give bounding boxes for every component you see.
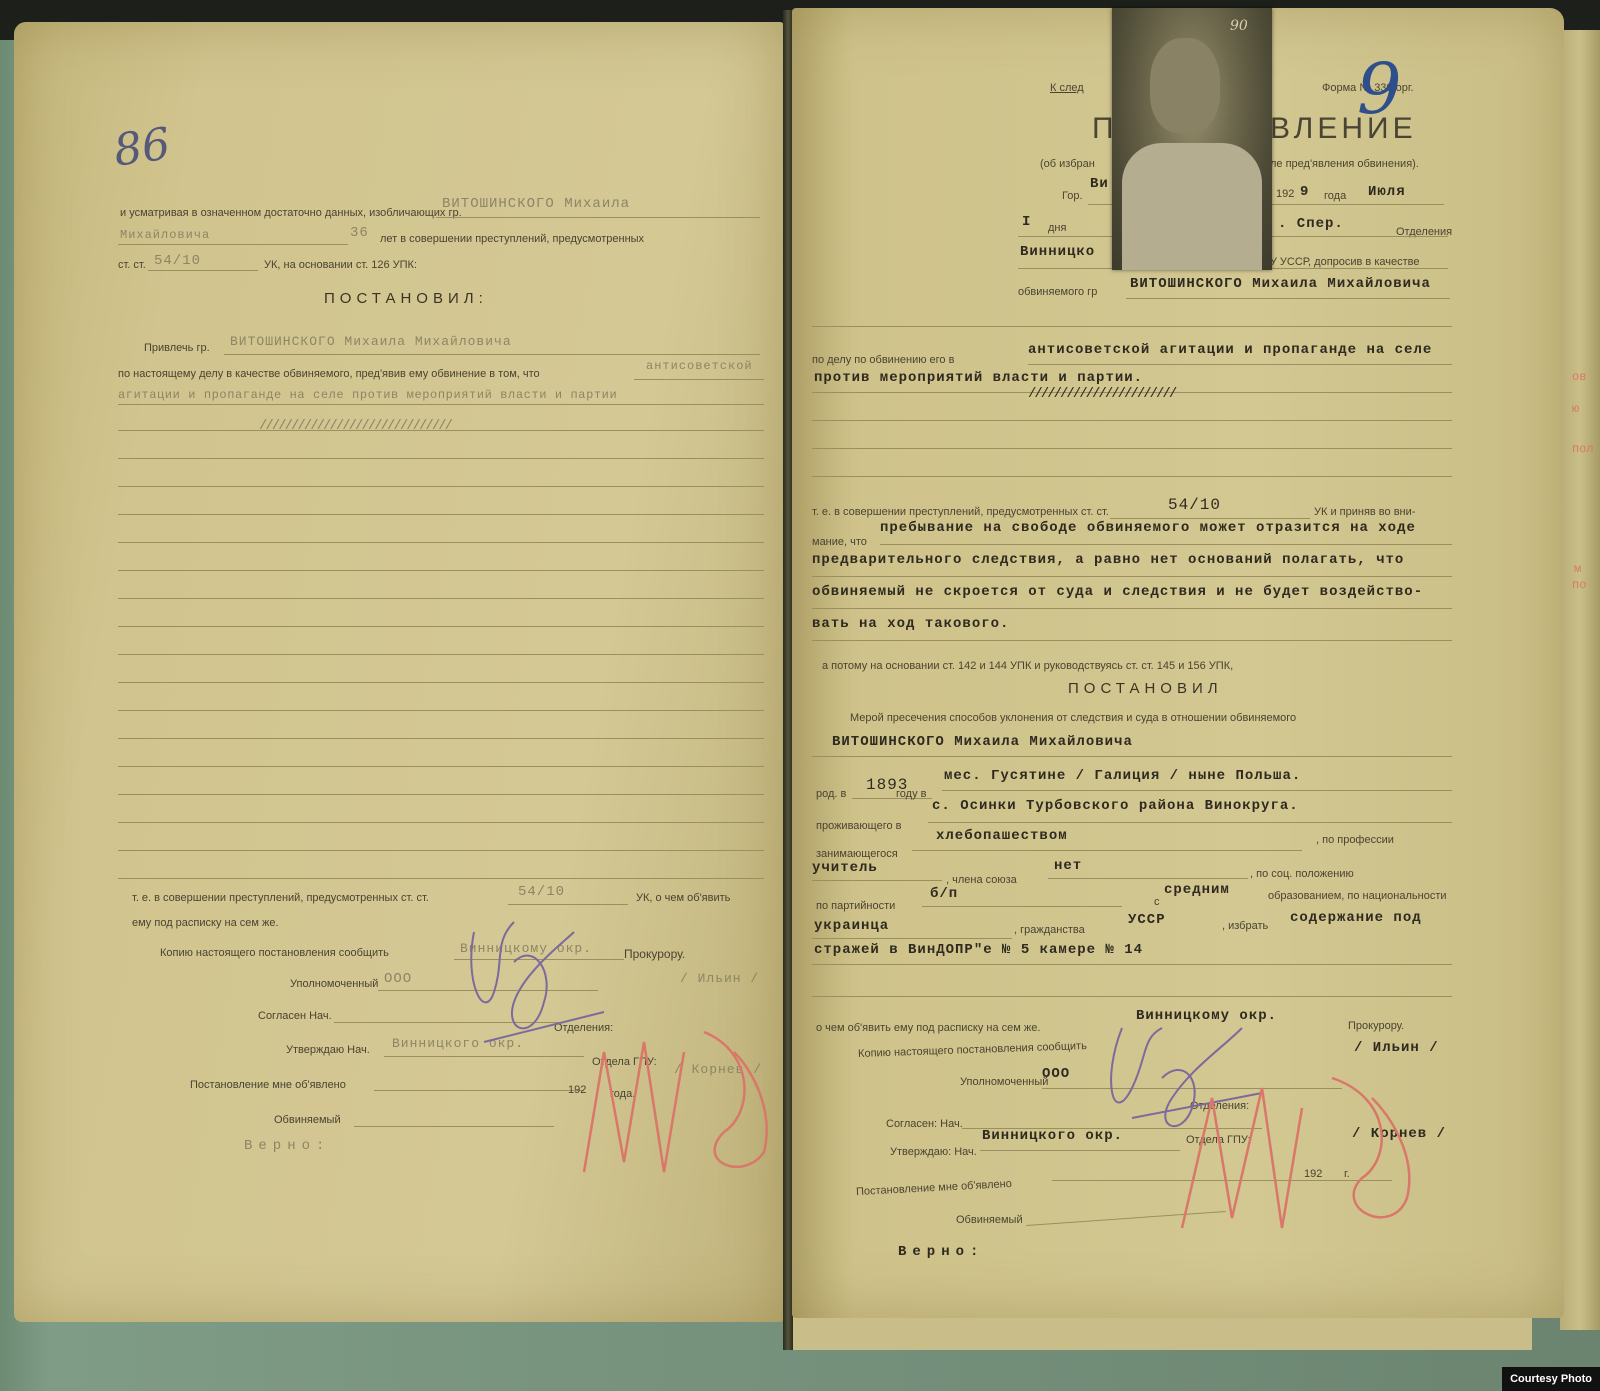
nationality-value: украинца	[814, 918, 889, 934]
party-value: б/п	[930, 886, 958, 902]
basis-label: УК, на основании ст. 126 УПК:	[264, 259, 417, 271]
case-value-1: антисоветской агитации и пропаганде на с…	[1028, 342, 1432, 358]
approve-label: Утверждаю: Нач.	[890, 1146, 977, 1158]
accused-portrait-photo: 90	[1112, 8, 1272, 270]
portrait-shirt	[1122, 143, 1262, 270]
accused-name-1: ВИТОШИНСКОГО Михаила	[442, 196, 630, 212]
strikeout-marks: ///////////////////////	[1028, 386, 1175, 402]
copy-label: Копию настоящего постановления сообщить	[160, 947, 389, 959]
citizenship-value: УССР	[1128, 912, 1166, 928]
education-label: образованием, по национальности	[1268, 890, 1447, 902]
department-value: . Спер.	[1278, 216, 1344, 232]
consider-line-2: предварительного следствия, а равно нет …	[812, 552, 1404, 568]
occupied-value: хлебопашеством	[936, 828, 1068, 844]
consider-label: мание, что	[812, 536, 867, 548]
approve-label: Утверждаю Нач.	[286, 1044, 370, 1056]
year-digit: 9	[1300, 184, 1309, 200]
announced-label: Постановление мне об'явлено	[190, 1079, 346, 1091]
charge-value-1: антисоветской	[646, 359, 753, 373]
measure-name: ВИТОШИНСКОГО Михаила Михайловича	[832, 734, 1133, 750]
education-value: средним	[1164, 882, 1230, 898]
crimes-intro-label: лет в совершении преступлений, предусмот…	[380, 233, 644, 245]
file-note: К след	[1050, 82, 1084, 94]
margin-stamp-text: пол	[1572, 442, 1594, 456]
born-mid: году в	[896, 788, 926, 800]
certified-label: Верно:	[244, 1138, 330, 1154]
district-value: Винницко	[1020, 244, 1095, 260]
year-label: года	[1324, 190, 1346, 202]
margin-stamp-text: ов	[1572, 370, 1586, 384]
union-label: , члена союза	[946, 874, 1017, 886]
consider-line-1: пребывание на свободе обвиняемого может …	[880, 520, 1416, 536]
charge-label: по настоящему делу в качестве обвиняемог…	[118, 368, 540, 380]
resolved-heading: ПОСТАНОВИЛ:	[324, 290, 488, 307]
consider-line-4: вать на ход такового.	[812, 616, 1009, 632]
attract-name: ВИТОШИНСКОГО Михаила Михайловича	[230, 334, 512, 349]
agreed-label: Согласен Нач.	[258, 1010, 332, 1022]
left-page: 86 и усматривая в означенном достаточно …	[14, 22, 784, 1322]
day-value: I	[1022, 214, 1031, 230]
copy-suffix: Прокурору.	[624, 947, 685, 961]
accused-patronymic: Михайловича	[120, 228, 210, 242]
articles-prefix: ст. ст.	[118, 259, 146, 271]
margin-stamp-text: м	[1574, 562, 1581, 576]
announced-label: Постановление мне об'явлено	[856, 1178, 1012, 1198]
city-label: Гор.	[1062, 190, 1083, 202]
articles-value: 54/10	[154, 253, 201, 269]
authorized-label: Уполномоченный	[960, 1076, 1048, 1088]
crimes-label: т. е. в совершении преступлений, предусм…	[812, 506, 1109, 518]
handwritten-page-number: 86	[111, 118, 174, 176]
case-label: по делу по обвинению его в	[812, 354, 954, 366]
residing-value: с. Осинки Турбовского района Винокруга.	[932, 798, 1299, 814]
crimes-suffix: УК и приняв во вни-	[1314, 506, 1415, 518]
citizenship-label: , гражданства	[1014, 924, 1085, 936]
copy-label: Копию настоящего постановления сообщить	[858, 1040, 1087, 1060]
authorized-name: / Ильин /	[680, 971, 759, 986]
margin-stamp-text: ю	[1572, 402, 1579, 416]
charge-value-2: агитации и пропаганде на селе против мер…	[118, 388, 617, 402]
accused-sign-label: Обвиняемый	[956, 1214, 1023, 1226]
crimes-suffix: УК, о чем об'явить	[636, 892, 730, 904]
photo-note: 90	[1230, 18, 1248, 34]
profession-value: учитель	[812, 860, 878, 876]
title-right-fragment: ВЛЕНИЕ	[1270, 112, 1417, 146]
union-value: нет	[1054, 858, 1082, 874]
authorized-value: ООО	[1042, 1066, 1070, 1082]
residing-label: проживающего в	[816, 820, 902, 832]
choose-value-2: стражей в ВинДОПР"е № 5 камере № 14	[814, 942, 1143, 958]
social-label: , по соц. положению	[1250, 868, 1354, 880]
receipt-label: ему под расписку на сем же.	[132, 917, 279, 929]
resolved-heading: ПОСТАНОВИЛ	[1068, 680, 1223, 697]
crimes-label: т. е. в совершении преступлений, предусм…	[132, 892, 429, 904]
evidence-label: и усматривая в означенном достаточно дан…	[120, 207, 462, 219]
authorized-label: Уполномоченный	[290, 978, 378, 990]
city-value: Ви	[1090, 176, 1109, 192]
party-label: по партийности	[816, 900, 895, 912]
gpu-label: ГПУ УССР, допросив в качестве	[1256, 256, 1419, 268]
adjacent-pages-edge: ов ю пол м по	[1560, 30, 1600, 1330]
copy-suffix: Прокурору.	[1348, 1020, 1404, 1032]
case-value-2: против мероприятий власти и партии.	[814, 370, 1143, 386]
red-signature	[1162, 1048, 1422, 1248]
choose-label: , избрать	[1222, 920, 1268, 932]
portrait-head	[1150, 38, 1220, 133]
accused-sign-label: Обвиняемый	[274, 1114, 341, 1126]
attract-label: Привлечь гр.	[144, 342, 210, 354]
accused-label: обвиняемого гр	[1018, 286, 1097, 298]
subtitle-right: ле пред'явления обвинения).	[1270, 158, 1419, 170]
born-label: род. в	[816, 788, 846, 800]
certified-label: Верно:	[898, 1244, 984, 1260]
agreed-label: Согласен: Нач.	[886, 1118, 963, 1130]
crimes-articles: 54/10	[1168, 496, 1221, 514]
red-signature	[554, 1012, 774, 1192]
basis-label: а потому на основании ст. 142 и 144 УПК …	[822, 660, 1233, 672]
accused-name: ВИТОШИНСКОГО Михаила Михайловича	[1130, 276, 1431, 292]
consider-line-3: обвиняемый не скроется от суда и следств…	[812, 584, 1423, 600]
choose-value-1: содержание под	[1290, 910, 1422, 926]
profession-label: , по профессии	[1316, 834, 1394, 846]
accused-age: 36	[350, 225, 369, 241]
education-prefix: с	[1154, 896, 1160, 908]
subtitle-left: (об избран	[1040, 158, 1095, 170]
month-value: Июля	[1368, 184, 1406, 200]
day-label: дня	[1048, 222, 1066, 234]
year-prefix: 192	[1276, 188, 1294, 200]
photo-credit: Courtesy Photo	[1502, 1367, 1600, 1391]
authorized-value: ООО	[384, 971, 412, 987]
born-place: мес. Гусятине / Галиция / ныне Польша.	[944, 768, 1301, 784]
margin-stamp-text: по	[1572, 578, 1586, 592]
occupied-label: занимающегося	[816, 848, 898, 860]
receipt-label: о чем об'явить ему под расписку на сем ж…	[816, 1022, 1040, 1034]
measure-label: Мерой пресечения способов уклонения от с…	[850, 712, 1296, 724]
strikeout-marks: //////////////////////////////	[259, 418, 451, 434]
crimes-articles: 54/10	[518, 884, 565, 900]
